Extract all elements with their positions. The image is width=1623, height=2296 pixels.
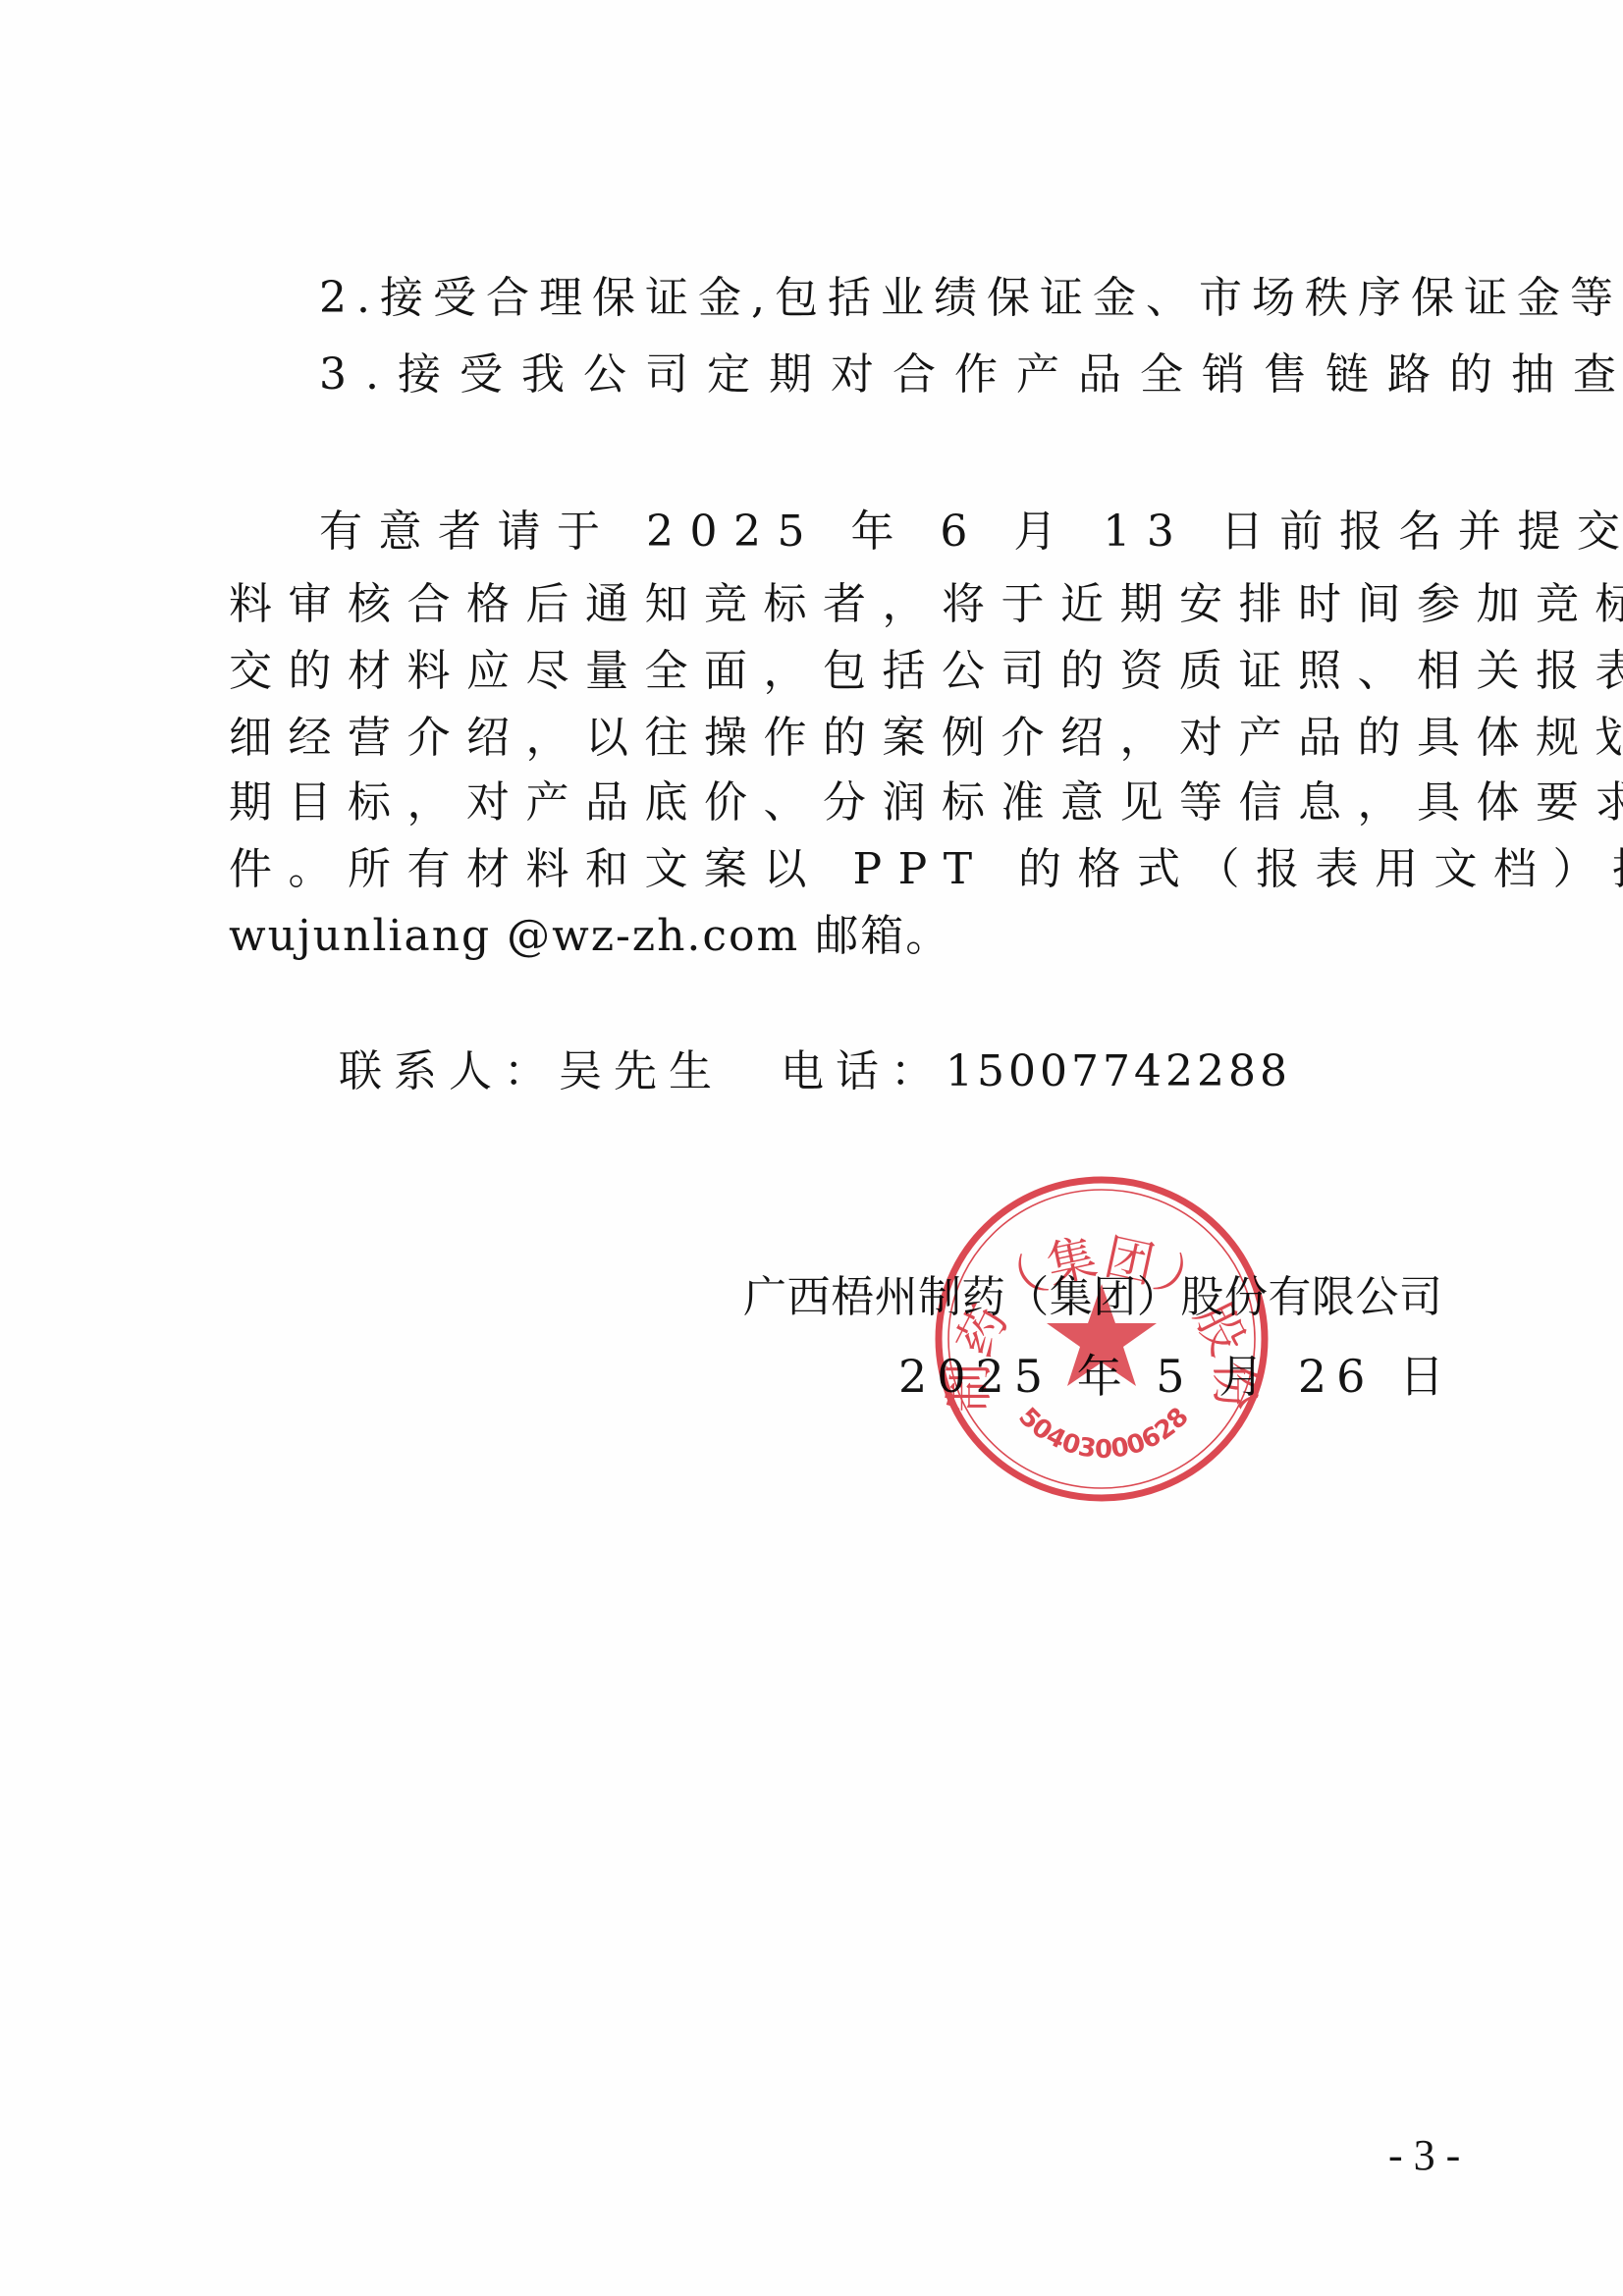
paragraph-line: 交的材料应尽量全面，包括公司的资质证照、相关报表和详 [229, 640, 1442, 703]
paragraph-line: 期目标，对产品底价、分润标准意见等信息，具体要求见附 [229, 772, 1442, 834]
paragraph-line-email[interactable]: wujunliang @wz-zh.com 邮箱。 [229, 905, 1442, 968]
company-seal-stamp: 广西梧州制药（集团）股份有限公司 4504030006283 [933, 1174, 1271, 1504]
item-number: 2. [319, 273, 380, 323]
paragraph-line: 有意者请于 2025 年 6 月 13 日前报名并提交相关材料,材 [319, 501, 1442, 563]
contact-phone: 电话：15007742288 [781, 1041, 1291, 1103]
item-number: 3. [319, 349, 398, 400]
page-number: - 3 - [1388, 2128, 1460, 2183]
item-text: 接受合理保证金,包括业绩保证金、市场秩序保证金等。 [380, 273, 1623, 323]
star-icon [1047, 1284, 1157, 1386]
contact-person: 联系人：吴先生 [339, 1046, 724, 1096]
document-page: 2.接受合理保证金,包括业绩保证金、市场秩序保证金等。 3.接受我公司定期对合作… [0, 0, 1623, 2296]
item-text: 接受我公司定期对合作产品全销售链路的抽查。 [398, 349, 1623, 400]
contact-person-name: 吴先生 [559, 1046, 724, 1096]
paragraph-line: 料审核合格后通知竞标者，将于近期安排时间参加竞标。提 [229, 573, 1442, 636]
list-item-2: 2.接受合理保证金,包括业绩保证金、市场秩序保证金等。 [319, 267, 1442, 330]
seal-ring-text: 广西梧州制药（集团）股份有限公司 [933, 1174, 1263, 1413]
paragraph-line: 细经营介绍，以往操作的案例介绍，对产品的具体规划和预 [229, 707, 1442, 770]
contact-person-label: 联系人： [339, 1046, 559, 1096]
contact-phone-number[interactable]: 15007742288 [946, 1046, 1291, 1096]
contact-line: 联系人：吴先生 电话：15007742288 [339, 1041, 724, 1103]
paragraph-line: 件。所有材料和文案以 PPT 的格式（报表用文档）提交至 [229, 838, 1442, 901]
list-item-3: 3.接受我公司定期对合作产品全销售链路的抽查。 [319, 344, 1623, 406]
contact-phone-label: 电话： [781, 1046, 946, 1096]
